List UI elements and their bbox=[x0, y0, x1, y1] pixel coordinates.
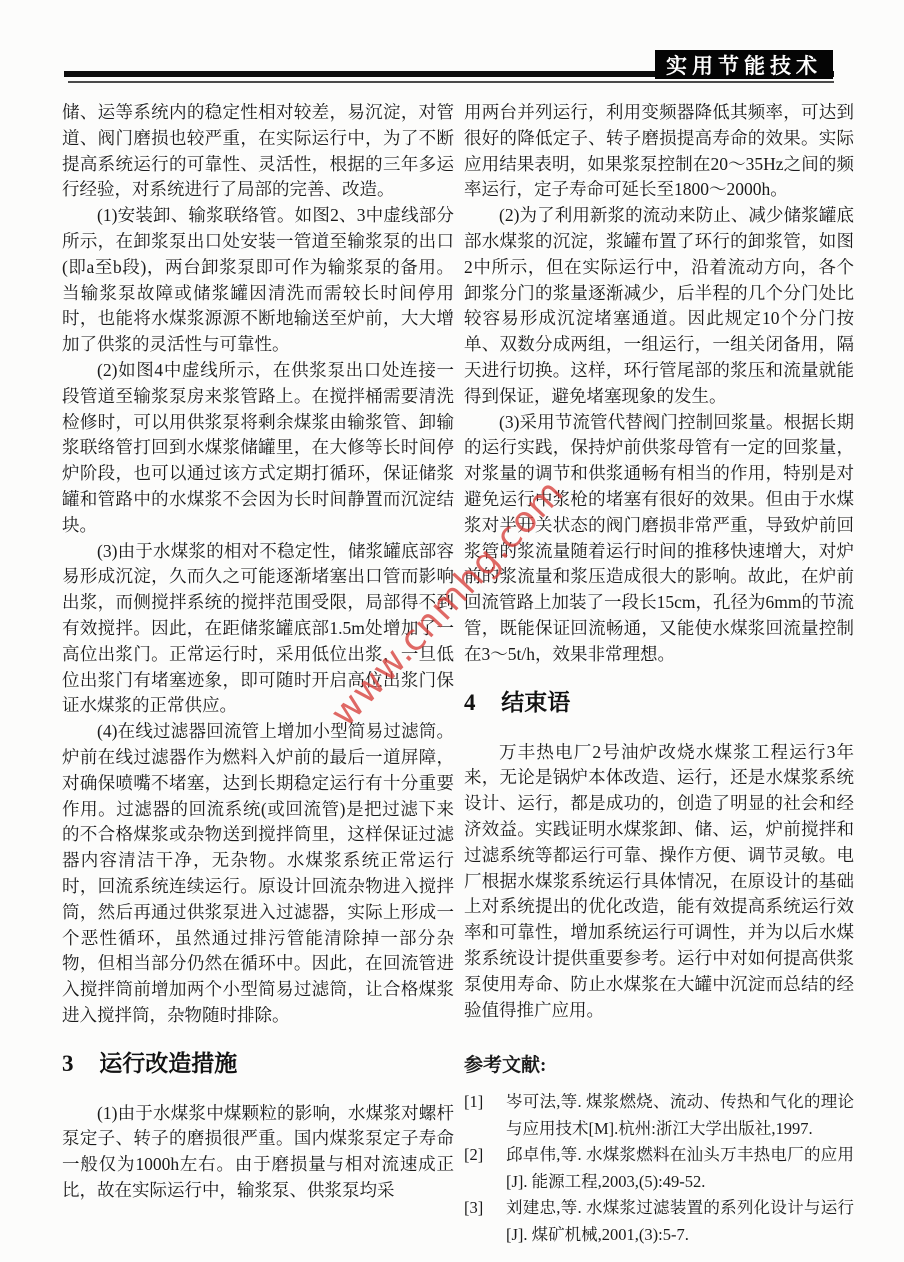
paragraph-item-3: (3)由于水煤浆的相对不稳定性，储浆罐底部容易形成沉淀，久而久之可能逐渐堵塞出口… bbox=[62, 539, 454, 720]
reference-item: [3] 刘建忠,等. 水煤浆过滤装置的系列化设计与运行[J]. 煤矿机械,200… bbox=[464, 1195, 854, 1248]
reference-item: [1] 岑可法,等. 煤浆燃烧、流动、传热和气化的理论与应用技术[M].杭州:浙… bbox=[464, 1089, 854, 1142]
paragraph-item-4: (4)在线过滤器回流管上增加小型简易过滤筒。炉前在线过滤器作为燃料入炉前的最后一… bbox=[62, 719, 454, 1029]
references-heading: 参考文献: bbox=[464, 1053, 854, 1079]
paragraph-intro-continuation: 储、运等系统内的稳定性相对较差，易沉淀，对管道、阀门磨损也较严重，在实际运行中，… bbox=[62, 100, 454, 203]
reference-label: [2] bbox=[464, 1142, 506, 1195]
section-3-number: 3 bbox=[62, 1051, 74, 1076]
paragraph-section3-item-1: (1)由于水煤浆中煤颗粒的影响，水煤浆对螺杆泵定子、转子的磨损很严重。国内煤浆泵… bbox=[62, 1101, 454, 1204]
section-3-title: 运行改造措施 bbox=[99, 1051, 237, 1076]
left-column: 储、运等系统内的稳定性相对较差，易沉淀，对管道、阀门磨损也较严重，在实际运行中，… bbox=[62, 100, 454, 1204]
section-4-number: 4 bbox=[464, 690, 476, 715]
reference-label: [3] bbox=[464, 1195, 506, 1248]
section-3-heading: 3 运行改造措施 bbox=[62, 1049, 454, 1079]
reference-text: 邱卓伟,等. 水煤浆燃料在汕头万丰热电厂的应用[J]. 能源工程,2003,(5… bbox=[506, 1142, 854, 1195]
reference-text: 岑可法,等. 煤浆燃烧、流动、传热和气化的理论与应用技术[M].杭州:浙江大学出… bbox=[506, 1089, 854, 1142]
right-column: 用两台并列运行，利用变频器降低其频率，可达到很好的降低定子、转子磨损提高寿命的效… bbox=[464, 100, 854, 1248]
paragraph-continuation: 用两台并列运行，利用变频器降低其频率，可达到很好的降低定子、转子磨损提高寿命的效… bbox=[464, 100, 854, 203]
references-section: 参考文献: [1] 岑可法,等. 煤浆燃烧、流动、传热和气化的理论与应用技术[M… bbox=[464, 1053, 854, 1248]
column-banner: 实用节能技术 bbox=[655, 50, 833, 79]
section-4-title: 结束语 bbox=[501, 690, 570, 715]
reference-label: [1] bbox=[464, 1089, 506, 1142]
paragraph-item-2: (2)为了利用新浆的流动来防止、减少储浆罐底部水煤浆的沉淀，浆罐布置了环行的卸浆… bbox=[464, 203, 854, 409]
header-rule-thin bbox=[68, 81, 834, 83]
section-4-heading: 4 结束语 bbox=[464, 688, 854, 718]
paragraph-item-3: (3)采用节流管代替阀门控制回浆量。根据长期的运行实践，保持炉前供浆母管有一定的… bbox=[464, 410, 854, 668]
reference-text: 刘建忠,等. 水煤浆过滤装置的系列化设计与运行[J]. 煤矿机械,2001,(3… bbox=[506, 1195, 854, 1248]
paragraph-item-1: (1)安装卸、输浆联络管。如图2、3中虚线部分所示，在卸浆泵出口处安装一管道至输… bbox=[62, 203, 454, 358]
scanned-paper-page: 实用节能技术 www.cnmhg.com 储、运等系统内的稳定性相对较差，易沉淀… bbox=[0, 0, 904, 1262]
paragraph-item-2: (2)如图4中虚线所示，在供浆泵出口处连接一段管道至输浆泵房来浆管路上。在搅拌桶… bbox=[62, 358, 454, 539]
reference-item: [2] 邱卓伟,等. 水煤浆燃料在汕头万丰热电厂的应用[J]. 能源工程,200… bbox=[464, 1142, 854, 1195]
paragraph-conclusion: 万丰热电厂2号油炉改烧水煤浆工程运行3年来，无论是锅炉本体改造、运行，还是水煤浆… bbox=[464, 740, 854, 1024]
